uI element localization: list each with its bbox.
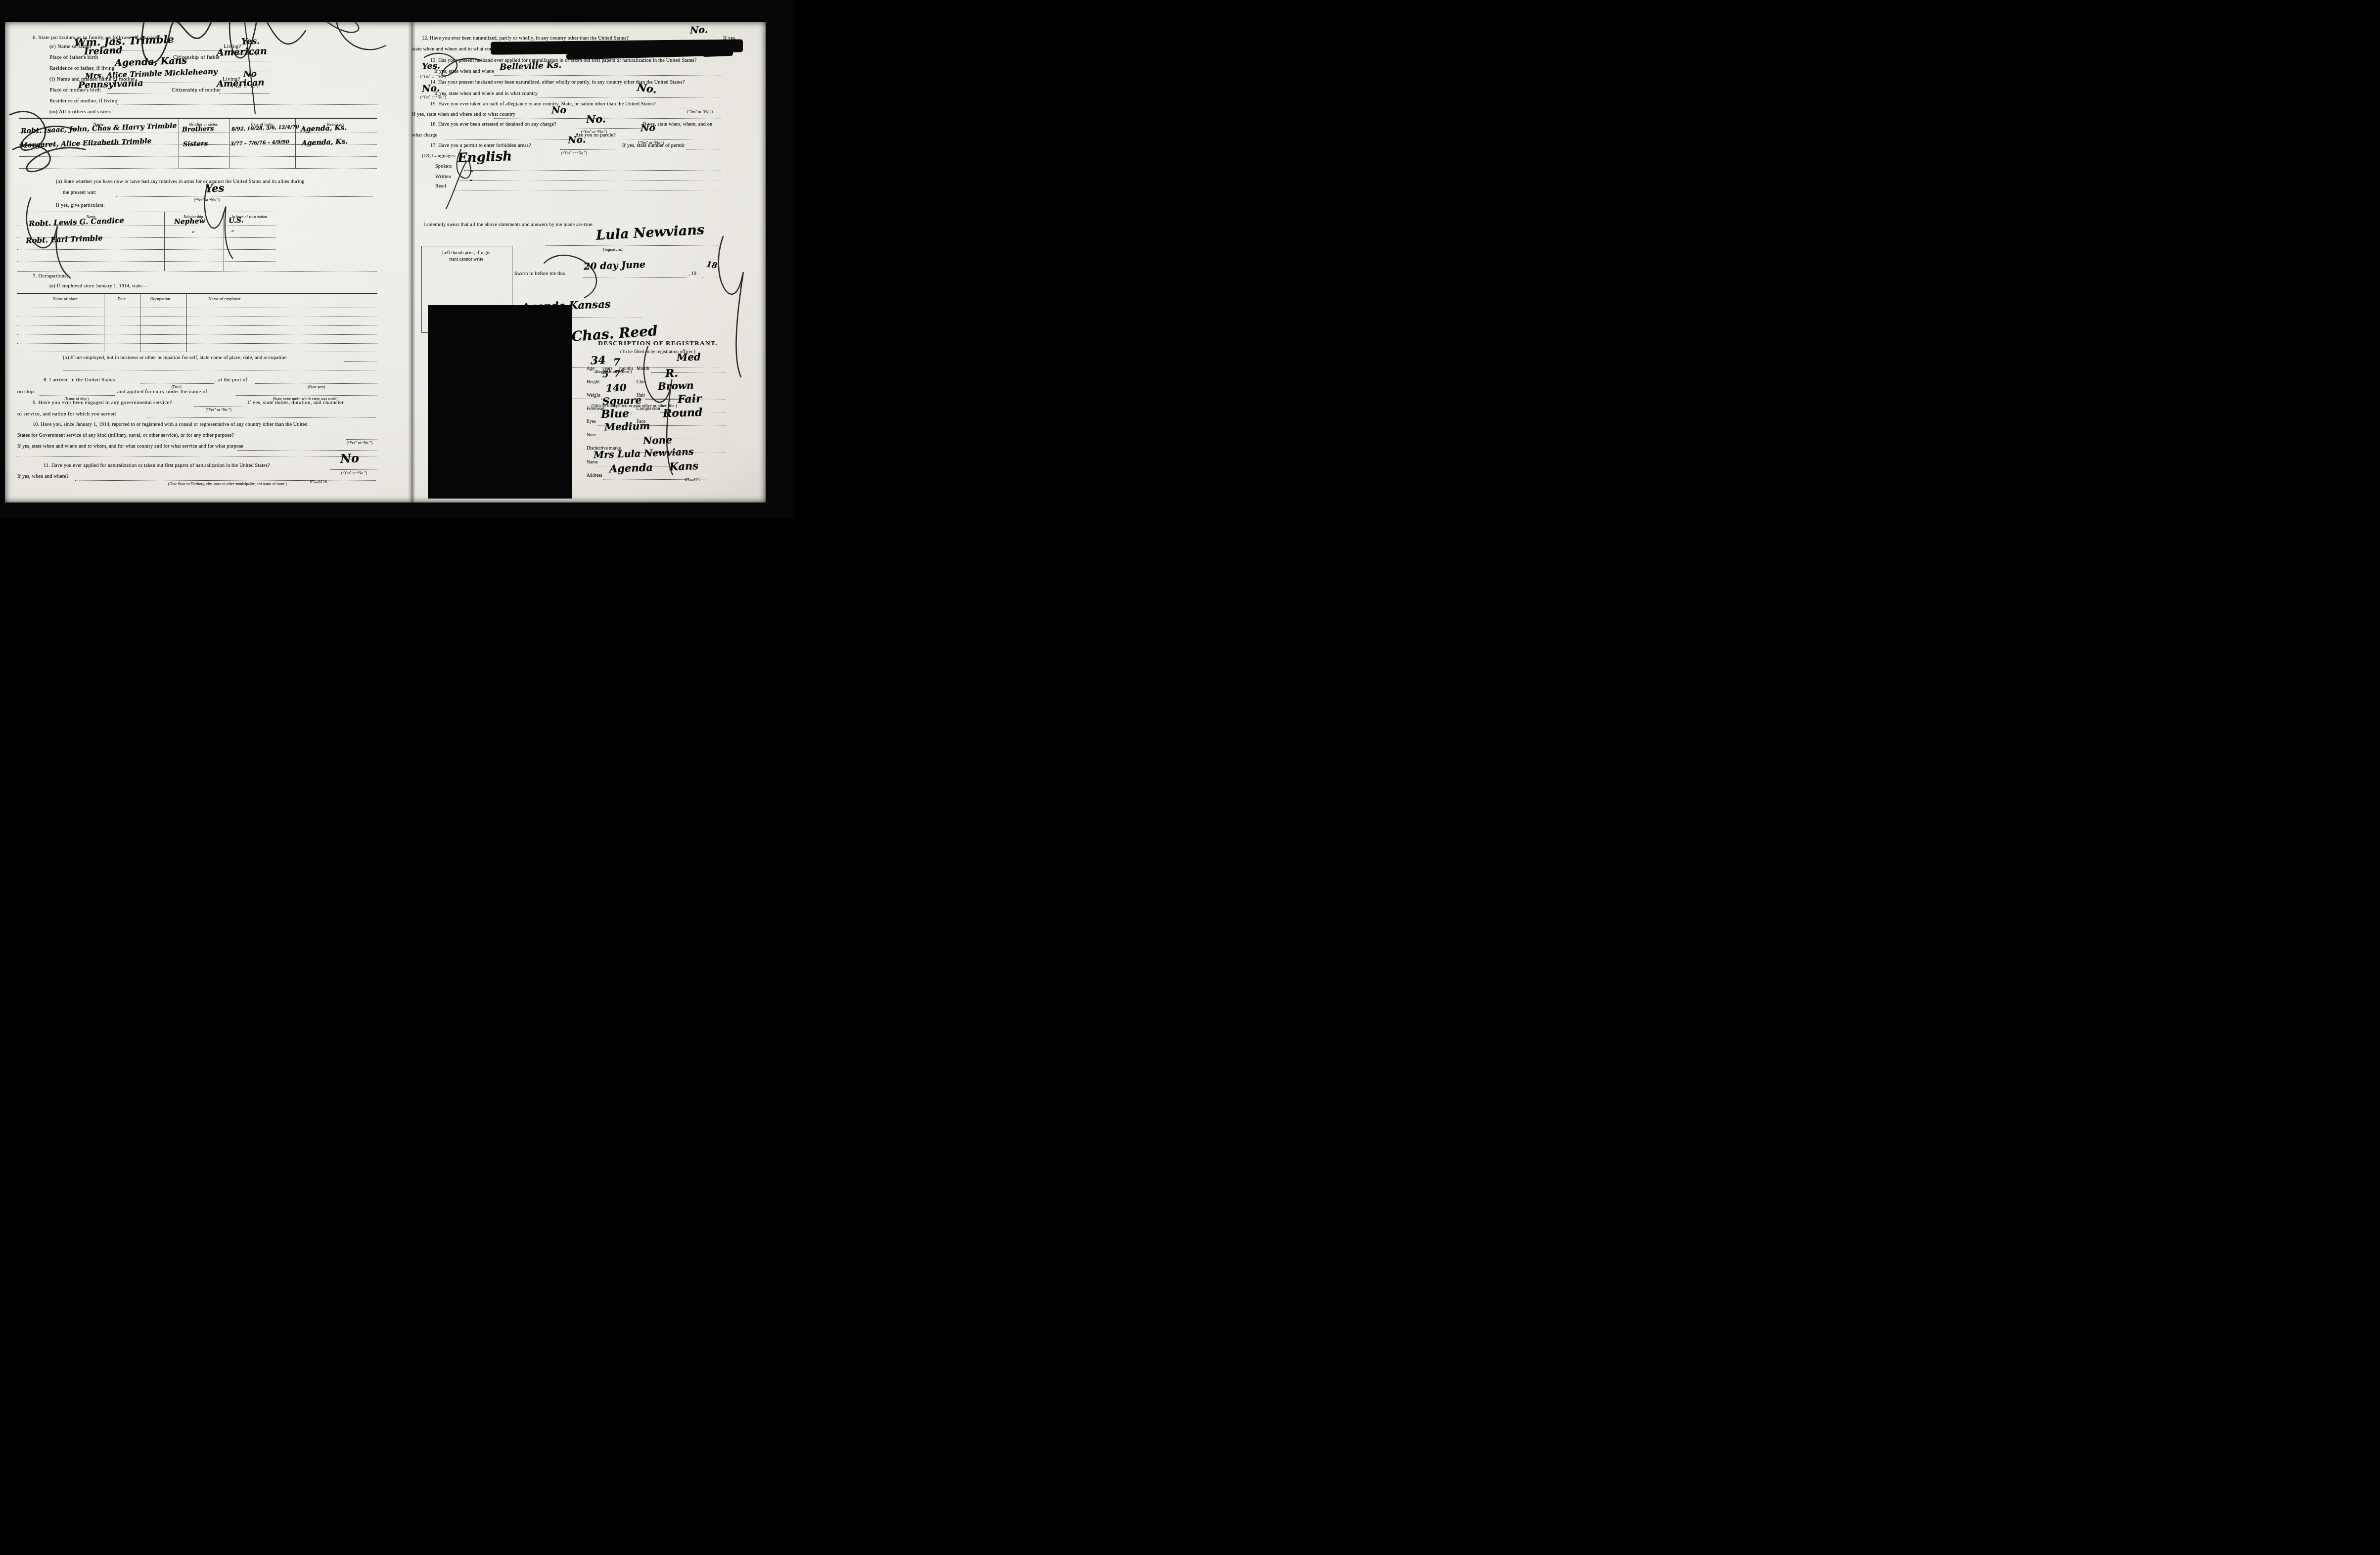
q18-spoken-label: Spoken:	[435, 164, 453, 169]
rule	[702, 277, 721, 278]
col-header: Date.	[118, 297, 127, 301]
row-rule	[17, 261, 275, 262]
chin-handwriting: R.	[665, 367, 679, 380]
q18-written-handwriting: ″	[471, 170, 474, 178]
inarms-particulars-label: If yes, give particulars:	[56, 203, 105, 208]
q10-b: States for Government service of any kin…	[17, 433, 234, 438]
q7-heading: 7. Occupations:	[33, 273, 68, 279]
row-rule	[17, 334, 377, 335]
rule	[494, 75, 721, 76]
inarms-row-force: ″	[231, 229, 234, 236]
forehead-handwriting: Square	[602, 394, 642, 408]
q15-b: If yes, state when and where and to what…	[412, 112, 515, 117]
q8-a: 8. I arrived in the United States	[44, 377, 115, 383]
sibling-row-relation: Brothers	[182, 125, 214, 134]
yes-no-hint: (“Yes” or “No.”)	[347, 441, 372, 445]
q16-a: 16. Have you ever been arrested or detai…	[430, 122, 556, 127]
yes-no-hint: (“Yes” or “No.”)	[206, 408, 231, 412]
mother-cit-handwriting: American	[217, 77, 265, 89]
rule	[346, 439, 377, 440]
mouth-handwriting: Med	[677, 351, 701, 364]
scan-edge-top	[0, 0, 793, 22]
chin-label: Chin	[637, 380, 646, 385]
rule	[146, 417, 376, 418]
rule	[583, 277, 687, 278]
row-rule	[19, 168, 377, 169]
registration-form-scan: 6. State particulars as to family, as fo…	[0, 0, 793, 518]
col-header: Name of place.	[53, 297, 79, 301]
yes-no-hint: (“Yes” or “No.”)	[561, 151, 587, 155]
q16-answer-handwriting: No.	[586, 112, 606, 125]
q18-spoken-handwriting: English	[458, 149, 512, 166]
row-rule	[17, 352, 377, 352]
inarms-line2: the present war:	[63, 190, 96, 195]
photo-attachment	[428, 305, 572, 499]
q18-label: (18) Languages:	[422, 153, 456, 159]
q18-written-label: Written	[435, 174, 451, 180]
q7b-text: (b) If not employed, but in business or …	[63, 355, 287, 361]
q8-b: , at the port of	[215, 377, 247, 383]
row-rule	[17, 343, 377, 344]
q8-d: and applied for entry under the name of	[117, 389, 207, 395]
port-hint: (State port)	[308, 385, 325, 389]
oath-text: I solemnly swear that all the above stat…	[423, 222, 594, 228]
height-handwriting: 5′ 7″	[602, 368, 625, 380]
inarms-row-force: U.S.	[229, 216, 244, 225]
q17-answer-handwriting: No.	[568, 134, 586, 145]
yes-no-hint: (“Yes” or “No.”)	[420, 74, 446, 79]
q10-c: If yes, state when and where and to whom…	[17, 444, 243, 449]
q16-c: what charge	[412, 133, 438, 138]
q11-b: If yes, when and where?	[17, 474, 69, 479]
q10-a: 10. Have you, since January 1, 1914, rep…	[33, 422, 308, 427]
sworn-date-handwriting: 20 day June	[584, 259, 646, 272]
rule	[330, 469, 377, 470]
col-rule	[179, 119, 179, 168]
inarms-row-relation: ″	[192, 230, 195, 237]
table-top-rule	[19, 118, 377, 119]
q9-a: 9. Have you ever been engaged in any gov…	[33, 400, 172, 406]
q12-c: state when and where and in what country	[412, 46, 501, 52]
age-handwriting: 34	[591, 354, 606, 367]
q11-answer-handwriting: No	[340, 451, 360, 465]
form-number: 67—123	[685, 478, 700, 482]
col-header: Occupation.	[150, 297, 171, 301]
rule	[464, 170, 721, 171]
rule	[595, 372, 601, 373]
page-fold	[408, 22, 415, 503]
q17-a: 17. Have you a permit to enter forbidden…	[430, 143, 531, 148]
thumbprint-label-line2: trant cannot write.	[449, 257, 485, 262]
rule	[537, 97, 721, 98]
rule	[117, 104, 378, 105]
rule	[40, 395, 115, 396]
nose-label: Nose	[587, 433, 596, 438]
sibling-row-residence: Agenda, Ks.	[302, 137, 348, 147]
months-handwriting: 7	[613, 356, 621, 368]
rule	[455, 190, 721, 190]
row-rule	[17, 317, 377, 317]
col-header: Name of employer.	[209, 297, 241, 301]
q12-a: 12. Have you ever been naturalized, part…	[422, 36, 629, 41]
weight-label: Weight	[587, 393, 600, 398]
q11-a: 11. Have you ever applied for naturaliza…	[44, 463, 270, 468]
q18-read-handwriting: ″	[470, 179, 473, 186]
sibling-row-residence: Agenda, Ks.	[301, 124, 347, 133]
sibling-row-relation: Sisters	[183, 140, 208, 148]
eyes-handwriting: Blue	[601, 407, 630, 421]
name-label: Name	[587, 460, 598, 465]
q15-a: 15. Have you ever taken an oath of alleg…	[430, 101, 656, 107]
col-rule	[224, 212, 224, 271]
mother-res-label: Residence of mother, if living	[49, 98, 117, 104]
q13-b: If yes, state when and where	[434, 69, 495, 74]
q18-read-label: Read	[435, 183, 446, 189]
father-cit-handwriting: American	[217, 46, 268, 58]
form-number: 67—6128	[310, 480, 327, 484]
inarms-answer-handwriting: Yes	[205, 182, 225, 194]
rule	[444, 139, 573, 139]
row-rule	[19, 156, 377, 157]
q8-c: on ship	[17, 389, 34, 395]
court-hint: (Give State or Territory, city, town or …	[168, 482, 287, 486]
q13-a: 13. Has your present husband ever applie…	[430, 58, 697, 63]
year-label: , 19	[688, 271, 696, 276]
yes-no-hint: (“Yes” or “No.”)	[687, 109, 713, 114]
scan-edge-left	[0, 0, 5, 518]
row-rule	[17, 325, 377, 326]
nose-handwriting: Medium	[604, 419, 650, 433]
father-res-label: Residence of father, if living	[49, 65, 115, 71]
marks-handwriting: None	[643, 434, 673, 447]
rule	[494, 118, 721, 119]
father-living-handwriting: Yes.	[241, 36, 260, 46]
signature-hint: (Signature.)	[603, 247, 623, 252]
q15-answer-handwriting: No	[551, 104, 567, 116]
mouth-label: Mouth	[637, 366, 649, 371]
rule	[236, 395, 377, 396]
col-rule	[164, 212, 165, 271]
rule	[220, 61, 270, 61]
rule	[75, 480, 376, 481]
rule	[560, 149, 619, 150]
q14-b: If yes, state when and where and in what…	[434, 91, 538, 96]
inarms-row-relation: Nephew	[174, 217, 205, 226]
col-rule	[229, 119, 229, 168]
table-top-rule	[17, 212, 275, 212]
rule	[116, 196, 373, 197]
rule	[687, 149, 721, 150]
row-rule	[17, 308, 377, 308]
siblings-label: (m) All brothers and sisters:	[49, 109, 113, 115]
rule	[679, 108, 721, 108]
face-handwriting: Round	[663, 406, 703, 420]
q12-answer-handwriting: No.	[690, 24, 708, 36]
rule	[573, 128, 641, 129]
address-label: Address	[587, 473, 602, 478]
signature-rule	[546, 245, 721, 246]
yes-no-hint: (“Yes” or “No.”)	[194, 198, 220, 202]
q7-sub: (a) If employed since January 1, 1914, s…	[49, 283, 147, 289]
rule	[651, 372, 726, 373]
rule	[107, 93, 169, 94]
scan-edge-bottom	[0, 503, 793, 518]
q17-b: If yes, state number of permit	[622, 143, 685, 148]
rule	[194, 406, 243, 407]
eyes-label: Eyes	[587, 419, 596, 424]
rule	[219, 93, 270, 94]
q9-b: If yes, state duties, duration, and char…	[247, 400, 344, 406]
father-birth-handwriting: Ireland	[84, 45, 123, 57]
mother-cit-label: Citizenship of mother	[172, 87, 221, 93]
redaction-mark	[702, 47, 733, 57]
q14-where-handwriting: No.	[637, 81, 658, 96]
rule	[620, 139, 691, 139]
rule	[143, 83, 220, 83]
row-rule	[17, 271, 377, 272]
inarms-line1: (n) State whether you have now or have h…	[56, 179, 304, 184]
hair-handwriting: Brown	[658, 379, 694, 393]
q9-c: of service, and nation for which you ser…	[17, 411, 116, 417]
thumbprint-label-line1: Left thumb print, if regis-	[442, 251, 492, 256]
table-top-rule	[17, 293, 377, 294]
complexion-label: Complexion	[637, 407, 660, 412]
rule	[344, 361, 377, 362]
complexion-handwriting: Fair	[678, 392, 702, 406]
sworn-label: Sworn to before me this	[514, 271, 565, 276]
rule	[255, 383, 377, 384]
rule	[646, 425, 726, 426]
sworn-year-handwriting: 18	[706, 259, 718, 270]
rule	[63, 370, 377, 370]
rule	[140, 383, 214, 384]
yes-no-hint: (“Yes” or “No.”)	[341, 471, 367, 475]
height-label: Height	[587, 380, 600, 385]
scan-edge-right	[766, 0, 793, 518]
description-title: DESCRIPTION OF REGISTRANT.	[598, 339, 718, 347]
rule	[17, 456, 377, 457]
row-rule	[17, 249, 275, 250]
weight-handwriting: 140	[606, 381, 627, 394]
rule	[459, 181, 721, 181]
q16-parole-handwriting: No	[641, 122, 656, 134]
